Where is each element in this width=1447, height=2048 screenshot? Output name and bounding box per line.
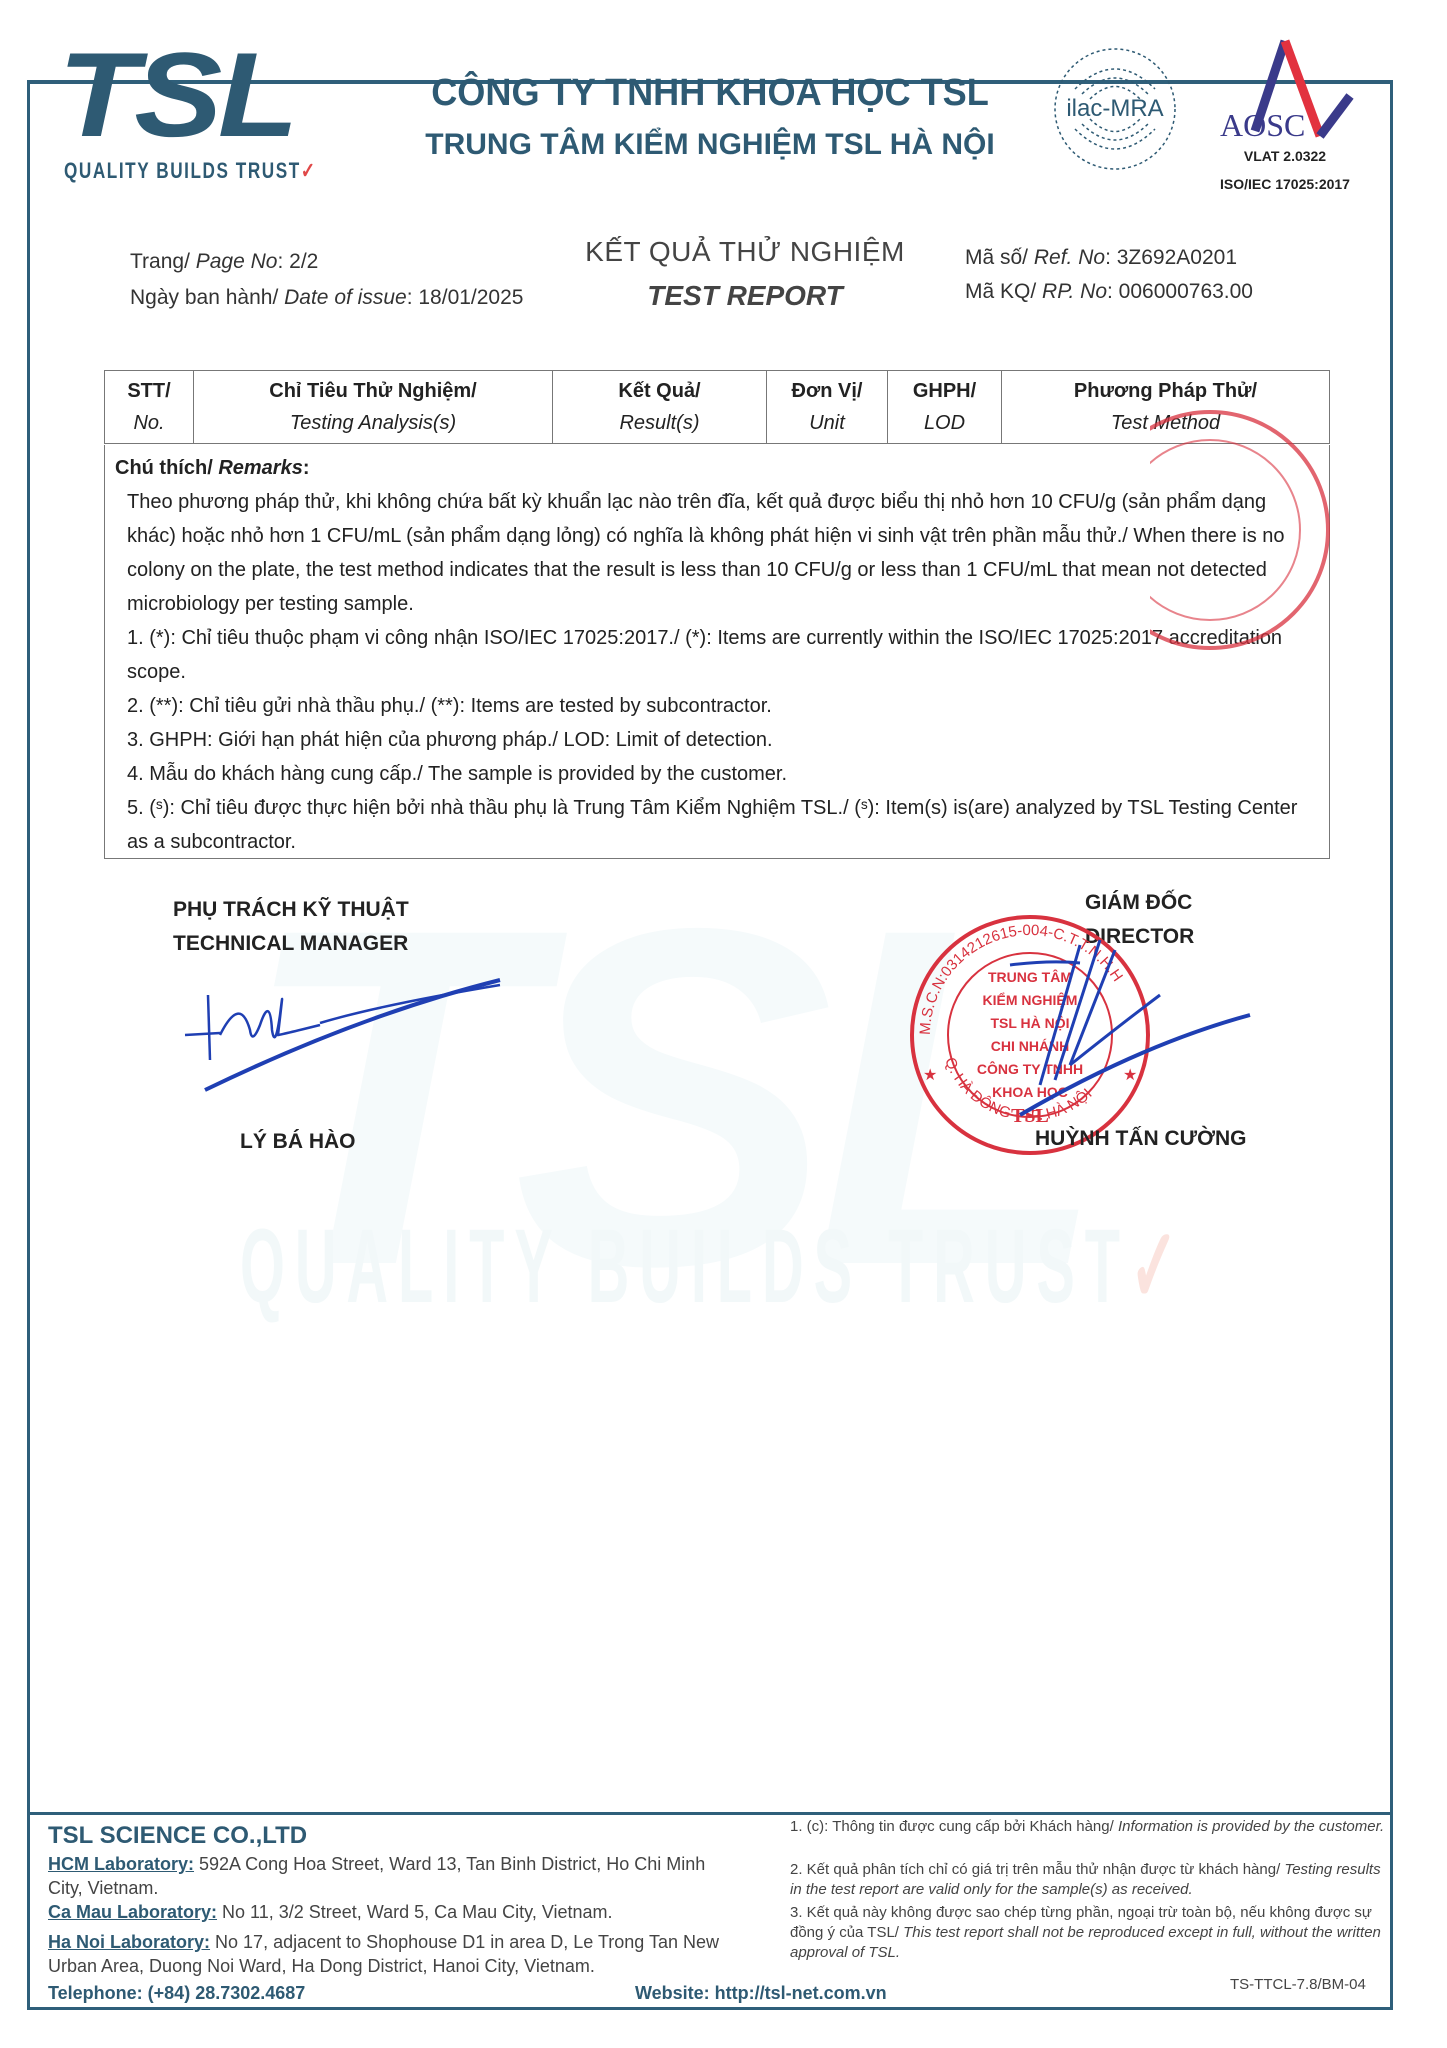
page-number: Trang/ Page No: 2/2	[130, 250, 318, 274]
col-no: STT/No.	[105, 371, 194, 444]
director-name: HUỲNH TẤN CƯỜNG	[1035, 1127, 1247, 1151]
issue-date: Ngày ban hành/ Date of issue: 18/01/2025	[130, 286, 523, 310]
footer-lab-hcm: HCM Laboratory: 592A Cong Hoa Street, Wa…	[48, 1852, 738, 1900]
remark-item: 5. (ˢ): Chỉ tiêu được thực hiện bởi nhà …	[115, 791, 1319, 859]
remark-item: 2. (**): Chỉ tiêu gửi nhà thầu phụ./ (**…	[115, 689, 1319, 723]
tech-manager-name: LÝ BÁ HÀO	[240, 1130, 356, 1154]
tagline: QUALITY BUILDS TRUST✓	[64, 158, 317, 184]
aosc-logo: AOSC	[1200, 36, 1370, 146]
footer-telephone: Telephone: (+84) 28.7302.4687	[48, 1983, 305, 2004]
footer-divider	[30, 1812, 1392, 1815]
tech-manager-signature	[180, 975, 510, 1105]
col-result: Kết Quả/Result(s)	[553, 371, 767, 444]
remark-item: 1. (*): Chỉ tiêu thuộc phạm vi công nhận…	[115, 621, 1319, 689]
check-icon: ✓	[301, 158, 317, 183]
footer-note: 3. Kết quả này không được sao chép từng …	[790, 1903, 1390, 1963]
ilac-mra-logo: ilac-MRA	[1050, 44, 1180, 174]
report-title: KẾT QUẢ THỬ NGHIỆM	[560, 236, 930, 268]
remarks-box: Chú thích/ Remarks: Theo phương pháp thử…	[104, 445, 1330, 859]
company-name: CÔNG TY TNHH KHOA HỌC TSL	[378, 72, 1043, 115]
col-lod: GHPH/LOD	[888, 371, 1002, 444]
svg-text:ilac-MRA: ilac-MRA	[1066, 95, 1163, 122]
remark-item: 4. Mẫu do khách hàng cung cấp./ The samp…	[115, 757, 1319, 791]
vlat-code: VLAT 2.0322	[1200, 148, 1370, 164]
col-analysis: Chỉ Tiêu Thử Nghiệm/Testing Analysis(s)	[194, 371, 553, 444]
tech-manager-title: PHỤ TRÁCH KỸ THUẬTTECHNICAL MANAGER	[173, 893, 409, 961]
footer-note: 1. (c): Thông tin được cung cấp bởi Khác…	[790, 1817, 1390, 1837]
form-code: TS-TTCL-7.8/BM-04	[1230, 1976, 1366, 1993]
report-subtitle: TEST REPORT	[560, 280, 930, 312]
col-method: Phương Pháp Thử/Test Method	[1002, 371, 1330, 444]
remarks-heading: Chú thích/ Remarks:	[115, 451, 1319, 485]
rp-number: Mã KQ/ RP. No: 006000763.00	[965, 280, 1253, 304]
col-unit: Đơn Vị/Unit	[767, 371, 888, 444]
center-name: TRUNG TÂM KIỂM NGHIỆM TSL HÀ NỘI	[360, 128, 1060, 162]
footer-note: 2. Kết quả phân tích chỉ có giá trị trên…	[790, 1860, 1390, 1900]
remarks-intro: Theo phương pháp thử, khi không chứa bất…	[115, 485, 1319, 621]
footer-company: TSL SCIENCE CO.,LTD	[48, 1822, 307, 1850]
director-signature	[1000, 935, 1260, 1135]
footer-website[interactable]: Website: http://tsl-net.com.vn	[635, 1983, 887, 2004]
remark-item: 3. GHPH: Giới hạn phát hiện của phương p…	[115, 723, 1319, 757]
iso-standard: ISO/IEC 17025:2017	[1190, 176, 1380, 192]
svg-text:AOSC: AOSC	[1220, 107, 1305, 143]
tsl-logo: TSL	[58, 40, 294, 150]
results-table-header: STT/No. Chỉ Tiêu Thử Nghiệm/Testing Anal…	[104, 370, 1330, 444]
ref-number: Mã số/ Ref. No: 3Z692A0201	[965, 246, 1237, 270]
footer-lab-hanoi: Ha Noi Laboratory: No 17, adjacent to Sh…	[48, 1930, 738, 1978]
footer-lab-camau: Ca Mau Laboratory: No 11, 3/2 Street, Wa…	[48, 1900, 738, 1924]
